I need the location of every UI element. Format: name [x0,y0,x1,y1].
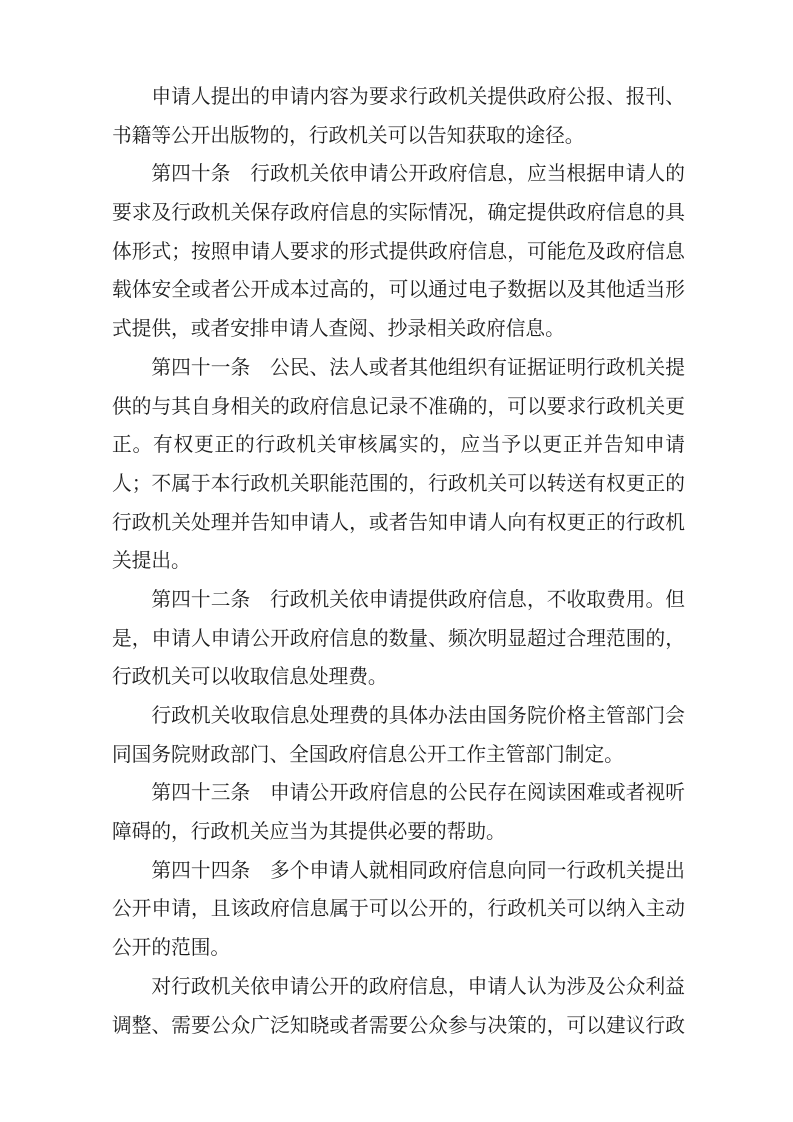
text-line: 第四十二条 行政机关依申请提供政府信息，不收取费用。但 [112,581,685,620]
text-line: 公开申请，且该政府信息属于可以公开的，行政机关可以纳入主动 [112,890,685,929]
text-line: 公开的范围。 [112,929,685,968]
text-line: 正。有权更正的行政机关审核属实的，应当予以更正并告知申请 [112,426,685,465]
text-line: 行政机关收取信息处理费的具体办法由国务院价格主管部门会 [112,697,685,736]
text-line: 第四十三条 申请公开政府信息的公民存在阅读困难或者视听 [112,774,685,813]
text-line: 体形式；按照申请人要求的形式提供政府信息，可能危及政府信息 [112,233,685,272]
text-line: 申请人提出的申请内容为要求行政机关提供政府公报、报刊、 [112,78,685,117]
text-line: 第四十条 行政机关依申请公开政府信息，应当根据申请人的 [112,155,685,194]
text-line: 书籍等公开出版物的，行政机关可以告知获取的途径。 [112,117,685,156]
text-line: 对行政机关依申请公开的政府信息，申请人认为涉及公众利益 [112,968,685,1007]
text-line: 关提出。 [112,542,685,581]
text-line: 供的与其自身相关的政府信息记录不准确的，可以要求行政机关更 [112,388,685,427]
document-page: 申请人提出的申请内容为要求行政机关提供政府公报、报刊、书籍等公开出版物的，行政机… [0,0,793,1122]
text-line: 是，申请人申请公开政府信息的数量、频次明显超过合理范围的， [112,620,685,659]
text-line: 第四十一条 公民、法人或者其他组织有证据证明行政机关提 [112,349,685,388]
text-line: 调整、需要公众广泛知晓或者需要公众参与决策的，可以建议行政 [112,1007,685,1046]
text-line: 要求及行政机关保存政府信息的实际情况，确定提供政府信息的具 [112,194,685,233]
text-line: 人；不属于本行政机关职能范围的，行政机关可以转送有权更正的 [112,465,685,504]
text-line: 载体安全或者公开成本过高的，可以通过电子数据以及其他适当形 [112,271,685,310]
document-text: 申请人提出的申请内容为要求行政机关提供政府公报、报刊、书籍等公开出版物的，行政机… [112,78,685,1045]
text-line: 障碍的，行政机关应当为其提供必要的帮助。 [112,813,685,852]
text-line: 第四十四条 多个申请人就相同政府信息向同一行政机关提出 [112,852,685,891]
text-line: 同国务院财政部门、全国政府信息公开工作主管部门制定。 [112,736,685,775]
text-line: 式提供，或者安排申请人查阅、抄录相关政府信息。 [112,310,685,349]
text-line: 行政机关处理并告知申请人，或者告知申请人向有权更正的行政机 [112,504,685,543]
text-line: 行政机关可以收取信息处理费。 [112,658,685,697]
